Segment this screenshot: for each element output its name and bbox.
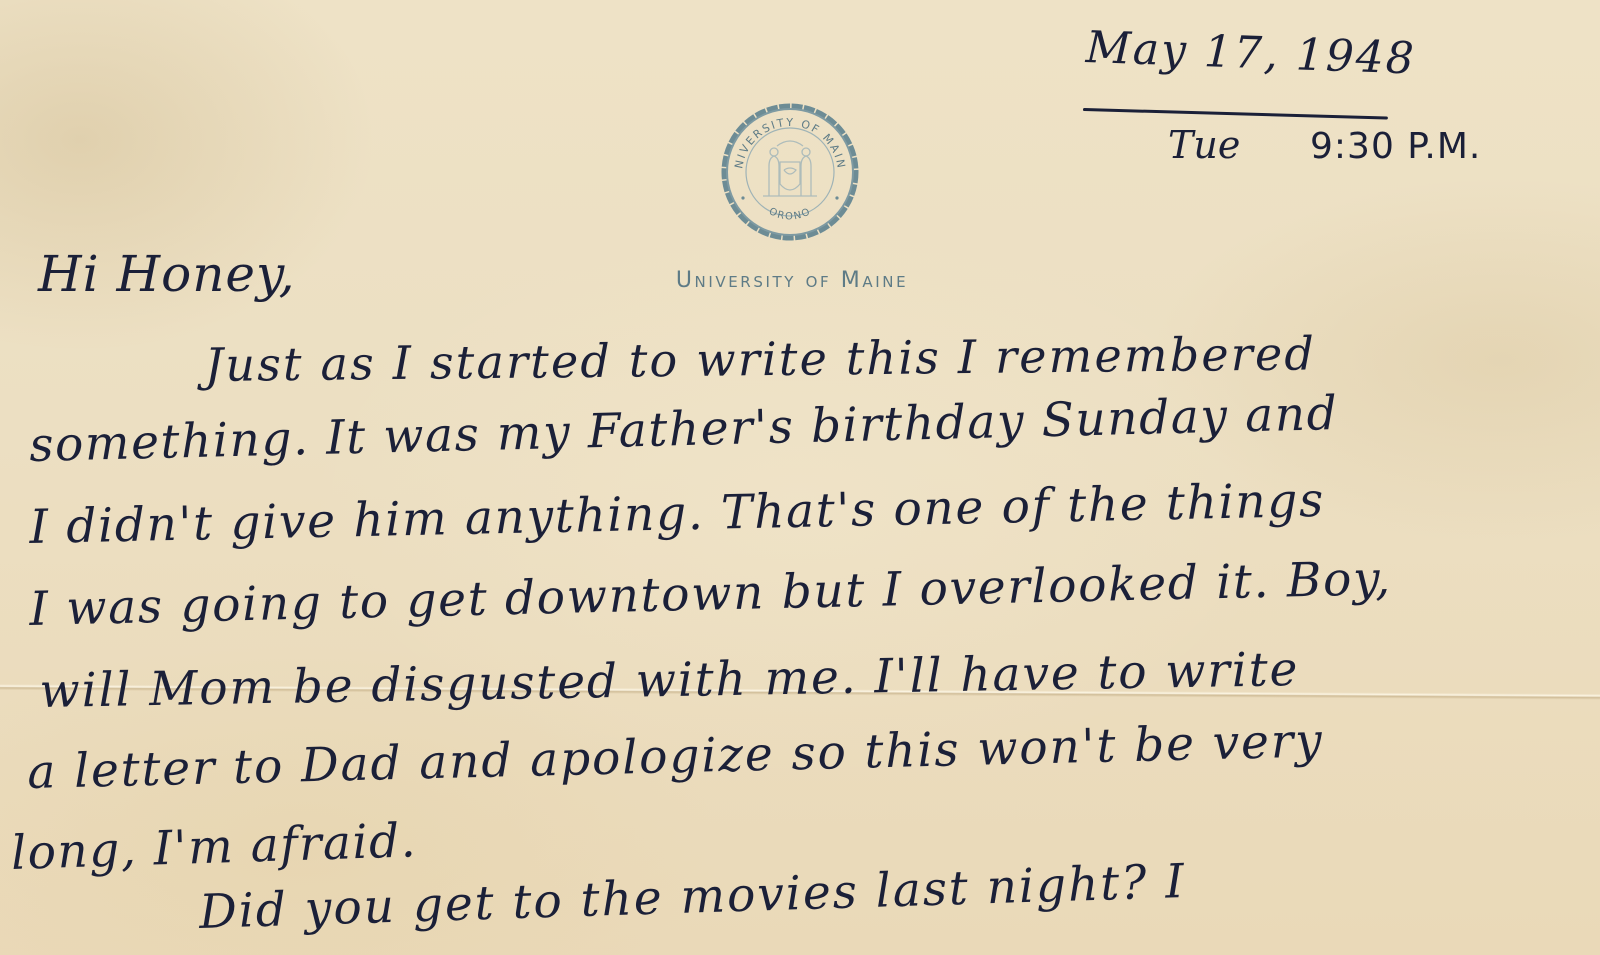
letter-time-prefix: Tue — [1168, 123, 1240, 167]
university-seal-icon: UNIVERSITY OF MAINE ORONO — [717, 100, 863, 244]
letter-time: 9:30 P.M. — [1310, 126, 1481, 167]
seal-bottom-text: ORONO — [767, 206, 813, 222]
svg-text:ORONO: ORONO — [767, 206, 813, 222]
letterhead-institution-name: University of Maine — [612, 268, 972, 293]
letter-greeting: Hi Honey, — [38, 245, 296, 303]
